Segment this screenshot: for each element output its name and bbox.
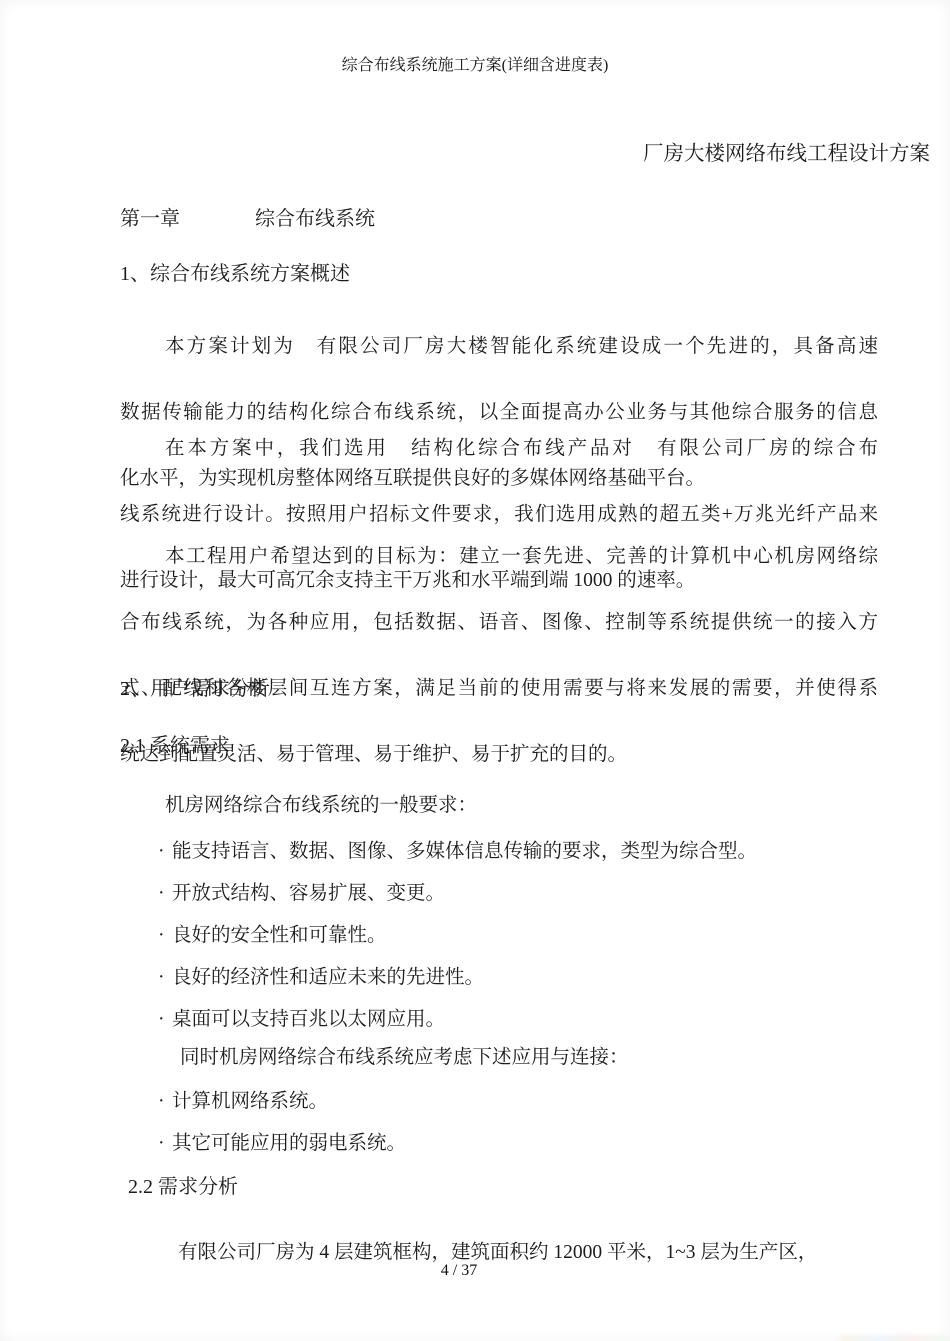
page-number: 4 / 37 (0, 1259, 934, 1283)
document-page: 综合布线系统施工方案(详细含进度表) 厂房大楼网络布线工程设计方案 第一章综合布… (0, 0, 950, 1341)
connections-note: 同时机房网络综合布线系统应考虑下述应用与连接： (180, 1041, 629, 1074)
list-item-text: 开放式结构、容易扩展、变更。 (172, 883, 445, 904)
list-item: ·计算机网络系统。 (158, 1085, 328, 1118)
requirements-intro: 机房网络综合布线系统的一般要求： (165, 789, 477, 822)
chapter-title: 综合布线系统 (255, 208, 375, 230)
list-item: ·良好的经济性和适应未来的先进性。 (158, 961, 484, 994)
list-item: ·其它可能应用的弱电系统。 (158, 1127, 406, 1160)
paragraph-line: 本工程用户希望达到的目标为：建立一套先进、完善的计算机中心机房网络综 (120, 540, 878, 606)
paragraph-line: 本方案计划为 有限公司厂房大楼智能化系统建设成一个先进的，具备高速 (120, 330, 878, 396)
bullet-marker: · (158, 835, 172, 868)
watermark-fragment (840, 1335, 948, 1341)
paragraph-3: 本工程用户希望达到的目标为：建立一套先进、完善的计算机中心机房网络综 合布线系统… (120, 540, 878, 771)
chapter-number: 第一章 (120, 208, 180, 230)
list-item-text: 桌面可以支持百兆以太网应用。 (172, 1009, 445, 1030)
document-title: 厂房大楼网络布线工程设计方案 (643, 139, 930, 169)
paragraph-line: 合布线系统，为各种应用，包括数据、语音、图像、控制等系统提供统一的接入方 (120, 606, 878, 672)
bullet-marker: · (158, 1127, 172, 1160)
section-1-heading: 1、综合布线系统方案概述 (120, 259, 350, 289)
list-item-text: 能支持语言、数据、图像、多媒体信息传输的要求，类型为综合型。 (172, 841, 757, 862)
section-2-heading: 2、用户需求分析 (120, 674, 270, 704)
section-2-2-heading: 2.2 需求分析 (128, 1172, 238, 1202)
bullet-marker: · (158, 1085, 172, 1118)
bullet-marker: · (158, 961, 172, 994)
list-item: ·良好的安全性和可靠性。 (158, 919, 387, 952)
document-header: 综合布线系统施工方案(详细含进度表) (0, 54, 950, 78)
list-item: ·开放式结构、容易扩展、变更。 (158, 877, 445, 910)
bullet-marker: · (158, 1003, 172, 1036)
list-item-text: 其它可能应用的弱电系统。 (172, 1133, 406, 1154)
bullet-marker: · (158, 919, 172, 952)
list-item-text: 良好的安全性和可靠性。 (172, 925, 387, 946)
paragraph-line: 统达到配置灵活、易于管理、易于维护、易于扩充的目的。 (120, 738, 878, 771)
paragraph-line: 在本方案中，我们选用 结构化综合布线产品对 有限公司厂房的综合布 (120, 432, 878, 498)
list-item: ·能支持语言、数据、图像、多媒体信息传输的要求，类型为综合型。 (158, 835, 757, 868)
list-item: ·桌面可以支持百兆以太网应用。 (158, 1003, 445, 1036)
section-2-1-heading: 2.1 系统需求 (120, 731, 230, 761)
bullet-marker: · (158, 877, 172, 910)
list-item-text: 计算机网络系统。 (172, 1091, 328, 1112)
list-item-text: 良好的经济性和适应未来的先进性。 (172, 967, 484, 988)
chapter-heading: 第一章综合布线系统 (120, 204, 375, 234)
